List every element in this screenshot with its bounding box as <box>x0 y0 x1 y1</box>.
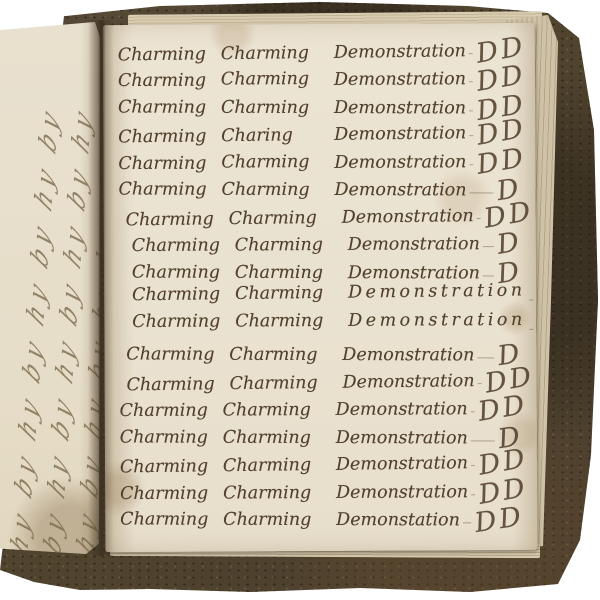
word-charming-2: Charming <box>223 510 336 530</box>
word-demonstration: Demonstration <box>336 482 468 503</box>
baseline-stroke <box>529 300 533 301</box>
word-charming-1: Charming <box>120 509 223 529</box>
word-charming-2: Charing <box>221 125 334 146</box>
word-charming-2: Charming <box>221 98 334 118</box>
word-charming-2: Charming <box>221 180 334 200</box>
word-charming-1: Charming <box>118 44 221 65</box>
word-charming-2: Charming <box>223 482 336 503</box>
word-charming-1: Charming <box>132 262 235 282</box>
word-demonstration: Demonstration <box>342 206 474 228</box>
word-charming-1: Charming <box>120 483 223 504</box>
word-charming-1: Charming <box>126 374 229 395</box>
word-charming-1: Charming <box>118 71 221 92</box>
practice-line: Charming Charming Demonstration DD <box>118 90 521 117</box>
practice-line: Charming Charming Demonstration <box>119 310 522 338</box>
word-charming-2: Charming <box>221 69 334 90</box>
left-page: hy by hy by hy by hy byby hy by hy by hy… <box>0 22 100 554</box>
flourish-capital-d: D <box>496 228 525 259</box>
practice-line: Charming Charming Demonstration DD <box>120 446 523 477</box>
practice-line: Charming Charming Demonstration D <box>119 338 522 365</box>
baseline-stroke <box>471 411 475 412</box>
word-demonstration: Demonstration <box>334 124 466 146</box>
word-demonstration: Demonstration <box>336 399 468 420</box>
baseline-stroke <box>463 522 471 523</box>
baseline-stroke <box>469 193 493 194</box>
baseline-stroke <box>477 358 494 359</box>
word-demonstration: Demonstation <box>336 510 460 530</box>
word-charming-2: Charming <box>223 455 336 476</box>
baseline-stroke <box>471 494 475 495</box>
baseline-stroke <box>483 275 494 276</box>
word-demonstration: Demonstration <box>334 152 466 173</box>
word-charming-1: Charming <box>132 236 235 257</box>
word-charming-2: Charming <box>223 427 336 447</box>
word-charming-1: Charming <box>118 97 221 117</box>
word-charming-2: Charming <box>221 43 334 64</box>
word-charming-1: Charming <box>126 209 229 230</box>
practice-line: Charming Charming Demonstration D <box>119 227 522 255</box>
practice-line: Charming Charming Demonstration DD <box>118 145 521 173</box>
baseline-stroke <box>529 329 533 330</box>
word-charming-2: Charming <box>235 311 348 332</box>
baseline-stroke <box>469 164 473 165</box>
word-charming-1: Charming <box>120 456 223 477</box>
word-charming-2: Charming <box>223 400 336 421</box>
practice-lines: Charming Charming Demonstration DD Charm… <box>118 35 524 530</box>
word-charming-1: Charming <box>132 311 235 332</box>
baseline-stroke <box>469 53 473 54</box>
word-charming-1: Charming <box>132 284 235 305</box>
baseline-stroke <box>469 136 473 137</box>
practice-line: Charming Charming Demonstration DD <box>118 198 521 229</box>
baseline-stroke <box>477 218 481 219</box>
word-demonstration: Demonstration <box>336 453 468 475</box>
practice-line: Charming Charming Demonstration DD <box>120 392 523 420</box>
word-demonstration: Demonstration <box>334 98 466 118</box>
word-demonstration: Demonstration <box>348 310 526 331</box>
word-demonstration: Demonstration <box>348 234 480 255</box>
word-charming-1: Charming <box>120 427 223 447</box>
practice-line: Charming Charming Demonstation DD <box>120 502 523 529</box>
practice-line: Charming Charming Demonstration DD <box>118 34 521 65</box>
baseline-stroke <box>478 383 482 384</box>
practice-line: Charming Charing Demonstration DD <box>118 116 521 147</box>
word-demonstration: Demonstration <box>334 70 466 91</box>
word-demonstration: Demonstration <box>334 41 466 63</box>
word-demonstration: Demonstration <box>348 263 480 283</box>
word-charming-2: Charming <box>221 152 334 173</box>
word-charming-1: Charming <box>118 127 221 148</box>
right-page: Charming Charming Demonstration DD Charm… <box>103 23 538 552</box>
word-charming-2: Charming <box>229 345 342 365</box>
word-demonstration: Demonstration <box>342 345 474 365</box>
practice-line: Charming Charming Demonstration D <box>119 255 522 282</box>
word-charming-2: Charming <box>235 283 348 304</box>
practice-line: Charming Charming Demonstration D <box>118 173 521 200</box>
word-charming-2: Charming <box>235 235 348 256</box>
word-demonstration: Demonstration <box>342 371 474 393</box>
practice-line: Charming Charming Demonstration DD <box>119 363 522 394</box>
practice-line: Charming Charming Demonstration D <box>120 420 523 447</box>
flourish-capital-d: DD <box>473 503 526 537</box>
word-charming-2: Charming <box>235 263 348 283</box>
baseline-stroke <box>483 246 494 247</box>
baseline-stroke <box>471 465 475 466</box>
word-demonstration: Demonstration <box>336 428 468 448</box>
practice-line: Charming Charming Demonstration <box>119 281 522 312</box>
photo-stage: hy by hy by hy by hy byby hy by hy by hy… <box>0 0 600 600</box>
baseline-stroke <box>471 440 495 441</box>
word-charming-2: Charming <box>229 208 342 229</box>
baseline-stroke <box>469 110 473 111</box>
word-charming-1: Charming <box>118 180 221 200</box>
word-charming-1: Charming <box>118 153 221 174</box>
baseline-stroke <box>469 82 473 83</box>
practice-line: Charming Charming Demonstration DD <box>118 62 521 90</box>
word-charming-1: Charming <box>126 345 229 365</box>
word-demonstration: Demonstration <box>348 281 526 303</box>
word-charming-1: Charming <box>120 401 223 422</box>
word-charming-2: Charming <box>229 372 342 393</box>
practice-line: Charming Charming Demonstration DD <box>120 474 523 502</box>
word-demonstration: Demonstration <box>334 180 466 200</box>
